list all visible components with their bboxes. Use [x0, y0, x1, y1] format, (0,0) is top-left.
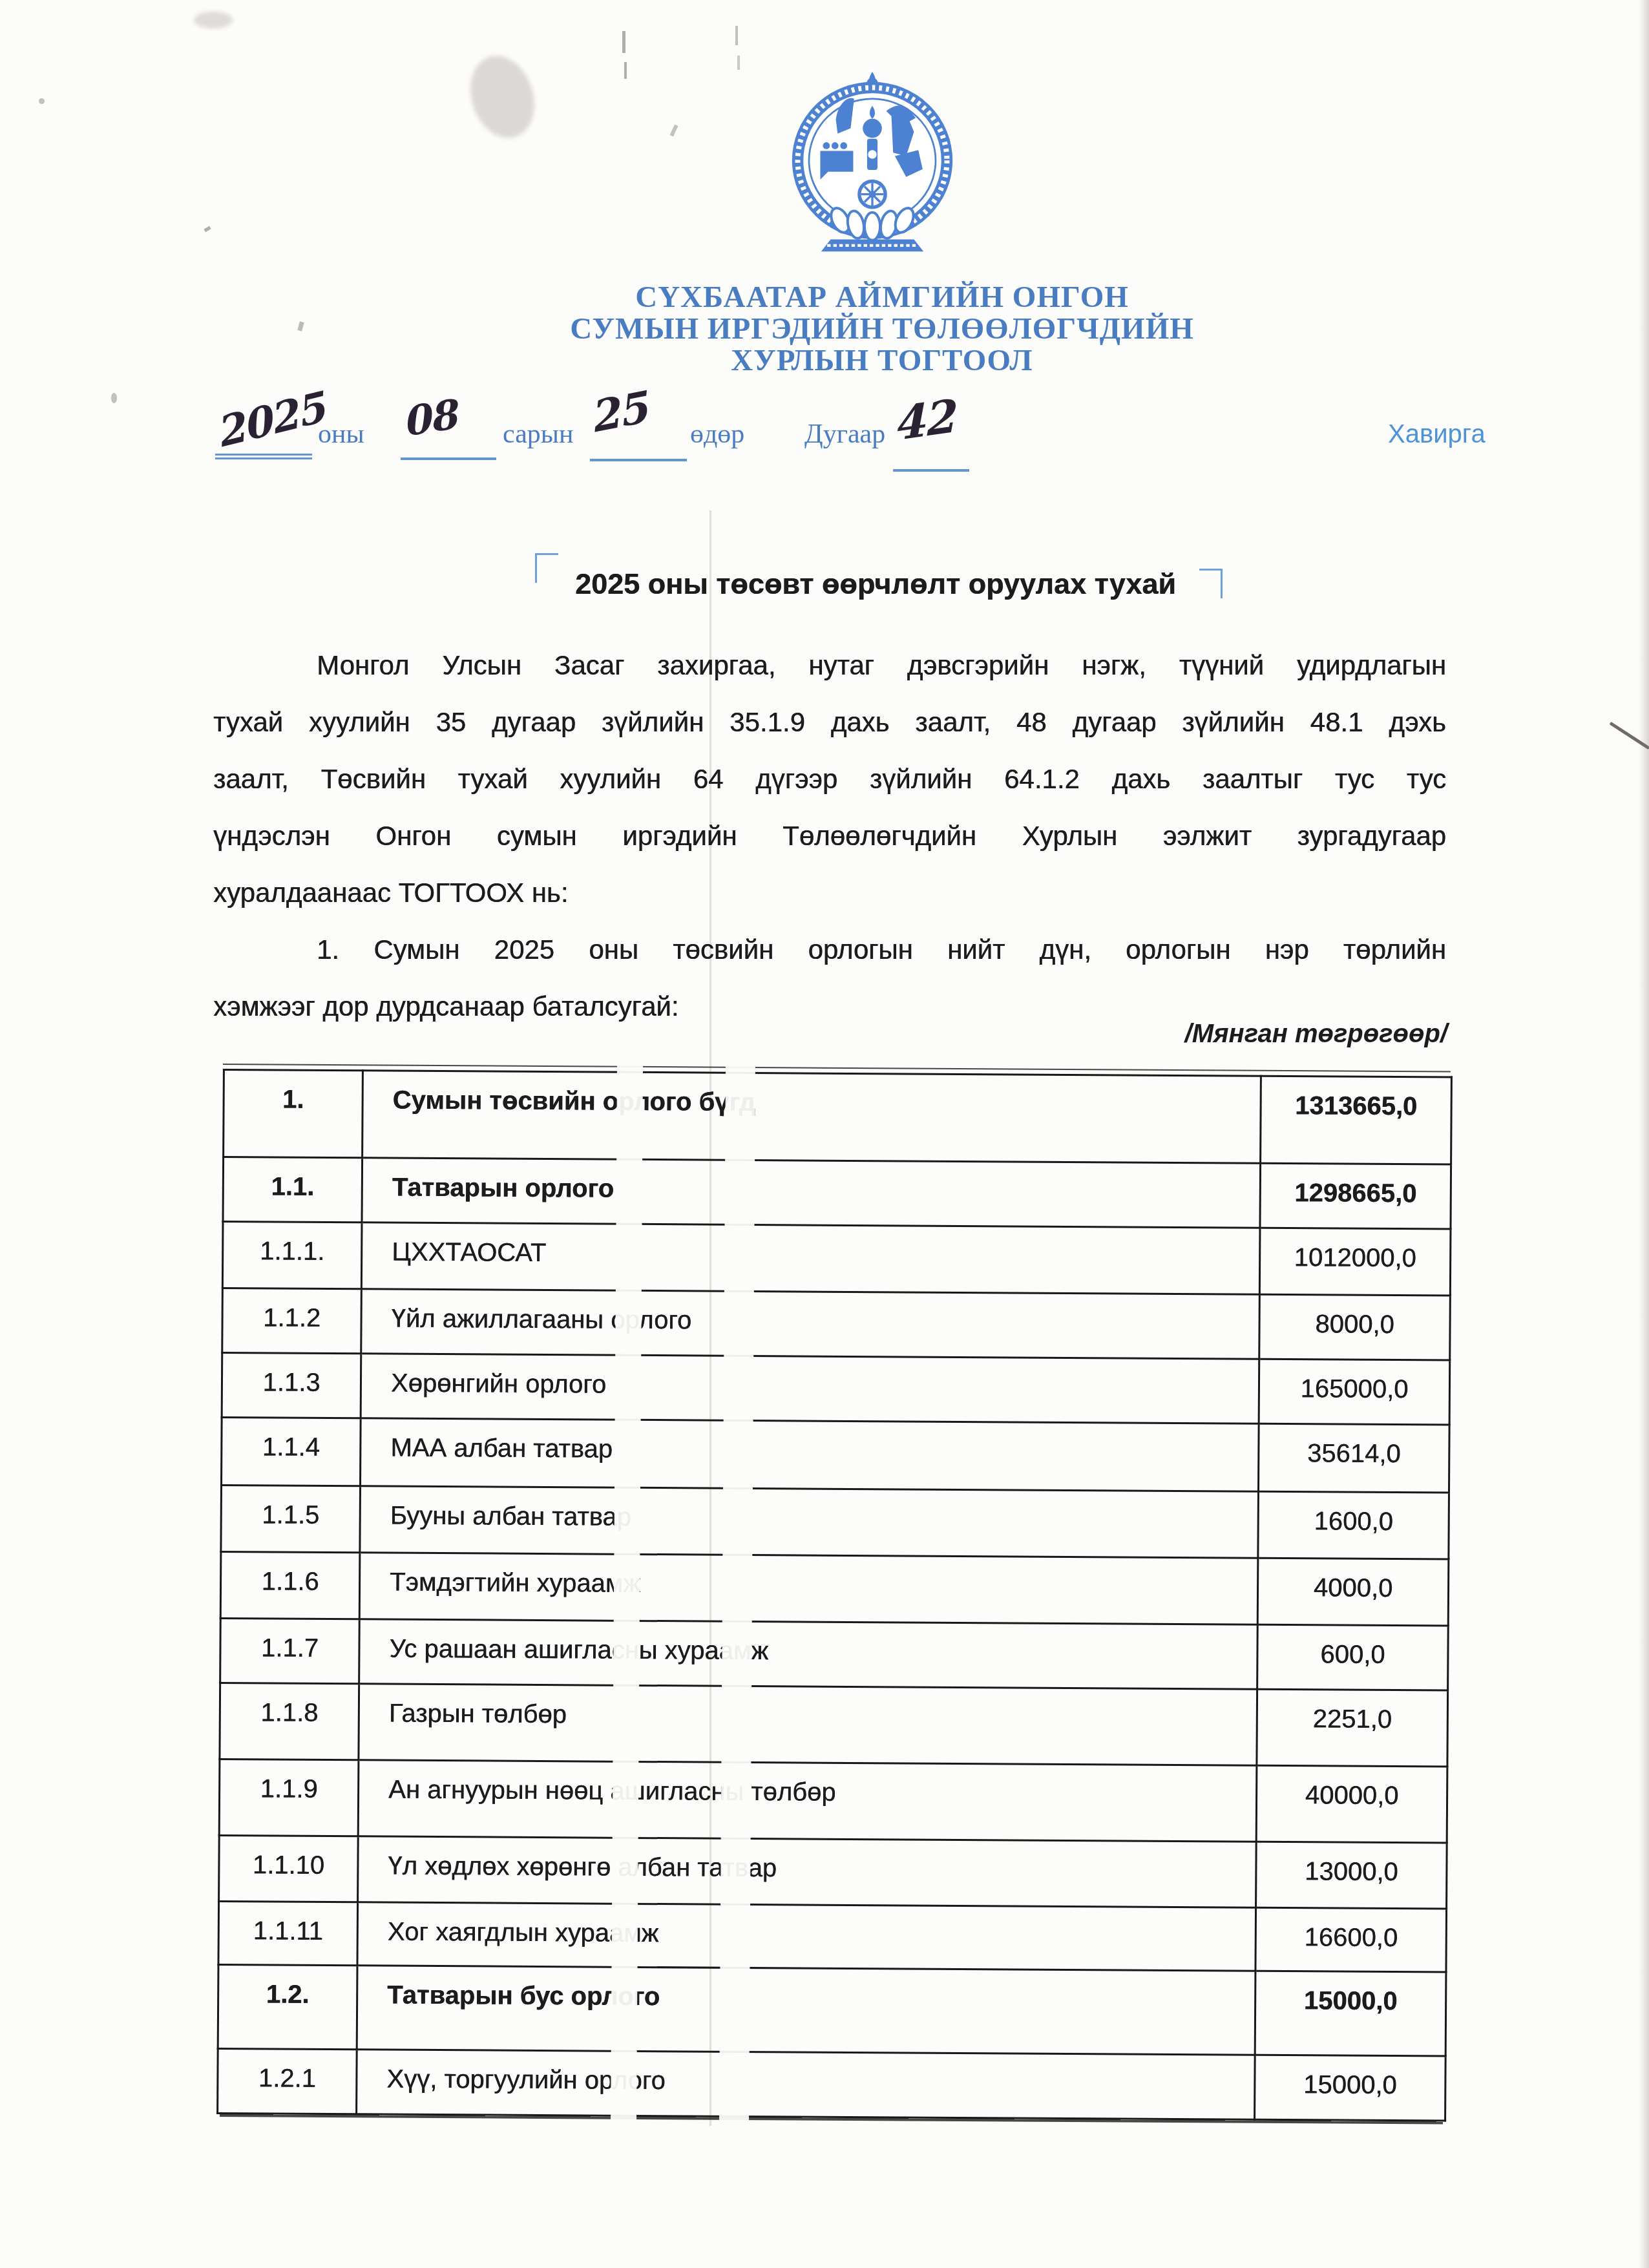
decree-title: 2025 оны төсөвт өөрчлөлт оруулах тухай — [223, 567, 1528, 601]
table-row: 1.1.10 Үл хөдлөх хөрөнгө албан татвар 13… — [219, 1835, 1447, 1909]
row-value-cell: 600,0 — [1257, 1624, 1449, 1690]
row-value-cell: 15000,0 — [1255, 2055, 1446, 2121]
row-label-cell: Татварын бус орлого — [357, 1966, 1255, 2055]
row-value-cell: 40000,0 — [1256, 1765, 1447, 1843]
row-label-cell: Үл хөдлөх хөрөнгө албан татвар — [358, 1836, 1257, 1907]
handwritten-day: 25 — [591, 381, 651, 443]
scan-speck — [622, 31, 625, 53]
row-number-cell: 1.1.5 — [221, 1485, 361, 1552]
handwritten-year: 2025 — [216, 383, 330, 457]
place-name: Хавирга — [1388, 420, 1486, 449]
scan-speck — [39, 98, 45, 104]
scan-speck — [204, 226, 211, 232]
table-row: 1.1.5 Бууны албан татвар 1600,0 — [221, 1485, 1449, 1559]
handwritten-number: 42 — [897, 388, 957, 451]
row-value-cell: 1298665,0 — [1260, 1163, 1451, 1229]
row-value-cell: 2251,0 — [1257, 1689, 1448, 1767]
row-label-cell: Сумын төсвийн орлого бүгд — [362, 1071, 1261, 1163]
row-number-cell: 1.1.6 — [220, 1551, 360, 1619]
year-suffix-label: оны — [318, 419, 364, 450]
table-row: 1.1.8 Газрын төлбөр 2251,0 — [220, 1683, 1448, 1767]
row-label-cell: Тэмдэгтийн хураамж — [359, 1553, 1258, 1624]
table-row: 1.1.9 Ан агнуурын нөөц ашигласны төлбөр … — [219, 1759, 1447, 1843]
row-label-cell: Бууны албан татвар — [360, 1486, 1259, 1558]
row-value-cell: 4000,0 — [1257, 1558, 1449, 1626]
org-heading-line: СҮХБААТАР АЙМГИЙН ОНГОН — [527, 282, 1237, 313]
row-label-cell: Ус рашаан ашигласны хураамж — [359, 1619, 1258, 1689]
body-line: 1. Сумын 2025 оны төсвийн орлогын нийт д… — [213, 921, 1446, 978]
org-heading-line: СУМЫН ИРГЭДИЙН ТӨЛӨӨЛӨГЧДИЙН — [527, 313, 1237, 345]
body-line: хуралдаанаас ТОГТООХ нь: — [213, 865, 1446, 921]
scanner-edge-shadow — [1639, 0, 1649, 2268]
year-underline — [215, 454, 312, 459]
row-number-cell: 1.2. — [218, 1964, 357, 2049]
scan-speck — [737, 56, 740, 70]
scan-speck — [624, 62, 627, 79]
row-number-cell: 1.1.7 — [220, 1618, 360, 1683]
row-number-cell: 1.1.2 — [222, 1288, 362, 1354]
row-label-cell: Хөрөнгийн орлого — [361, 1354, 1259, 1423]
row-label-cell: Хүү, торгуулийн орлого — [357, 2050, 1255, 2119]
row-number-cell: 1.1.9 — [219, 1759, 359, 1836]
table-row: 1. Сумын төсвийн орлого бүгд 1313665,0 — [224, 1070, 1452, 1165]
table-row: 1.1.6 Тэмдэгтийн хураамж 4000,0 — [220, 1551, 1449, 1626]
table-unit-note: /Мянган төгрөгөөр/ — [1185, 1020, 1447, 1049]
row-number-cell: 1.1.4 — [222, 1417, 361, 1486]
row-number-cell: 1.1. — [223, 1157, 362, 1223]
table-row: 1.1.2 Үйл ажиллагааны орлого 8000,0 — [222, 1288, 1451, 1361]
scan-speck — [297, 321, 304, 331]
row-number-cell: 1.2.1 — [218, 2048, 357, 2114]
row-number-cell: 1.1.8 — [220, 1683, 359, 1759]
row-number-cell: 1.1.11 — [218, 1901, 358, 1965]
body-line: Монгол Улсын Засаг захиргаа, нутаг дэвсг… — [213, 637, 1446, 694]
table-row: 1.1.1. ЦХХТАОСАТ 1012000,0 — [222, 1222, 1451, 1296]
budget-table-wrapper: 1. Сумын төсвийн орлого бүгд 1313665,0 1… — [216, 1064, 1451, 2122]
scanned-decree-page: СҮХБААТАР АЙМГИЙН ОНГОН СУМЫН ИРГЭДИЙН Т… — [0, 0, 1649, 2268]
org-heading: СҮХБААТАР АЙМГИЙН ОНГОН СУМЫН ИРГЭДИЙН Т… — [527, 282, 1237, 377]
decree-body: Монгол Улсын Засаг захиргаа, нутаг дэвсг… — [213, 637, 1446, 1035]
state-emblem-icon — [785, 71, 960, 258]
day-suffix-label: өдөр — [690, 419, 744, 450]
row-value-cell: 165000,0 — [1259, 1359, 1450, 1425]
table-row: 1.2. Татварын бус орлого 15000,0 — [218, 1964, 1446, 2056]
org-heading-line: ХУРЛЫН ТОГТООЛ — [527, 345, 1237, 377]
number-label: Дугаар — [804, 419, 885, 450]
row-value-cell: 1012000,0 — [1259, 1228, 1451, 1296]
body-line: үндэслэн Онгон сумын иргэдийн Төлөөлөгчд… — [213, 808, 1446, 865]
day-underline — [590, 459, 687, 461]
table-row: 1.1. Татварын орлого 1298665,0 — [223, 1157, 1451, 1230]
table-row: 1.1.11 Хог хаягдлын хураамж 16600,0 — [218, 1901, 1447, 1972]
number-underline — [893, 469, 969, 472]
row-number-cell: 1.1.1. — [222, 1222, 362, 1289]
row-value-cell: 1600,0 — [1258, 1491, 1449, 1559]
row-value-cell: 35614,0 — [1258, 1423, 1449, 1493]
row-label-cell: Ан агнуурын нөөц ашигласны төлбөр — [358, 1760, 1257, 1842]
row-value-cell: 15000,0 — [1255, 1971, 1446, 2056]
row-label-cell: Үйл ажиллагааны орлого — [361, 1289, 1260, 1359]
table-row: 1.2.1 Хүү, торгуулийн орлого 15000,0 — [218, 2048, 1446, 2121]
table-row: 1.1.4 МАА албан татвар 35614,0 — [222, 1417, 1450, 1493]
body-line: заалт, Төсвийн тухай хуулийн 64 дүгээр з… — [213, 751, 1446, 808]
row-label-cell: ЦХХТАОСАТ — [361, 1223, 1260, 1294]
budget-table: 1. Сумын төсвийн орлого бүгд 1313665,0 1… — [216, 1069, 1453, 2122]
scan-speck — [735, 26, 738, 45]
row-number-cell: 1. — [224, 1070, 363, 1158]
scan-speck — [669, 125, 678, 137]
row-value-cell: 8000,0 — [1259, 1294, 1451, 1360]
scan-speck — [111, 393, 117, 403]
row-number-cell: 1.1.3 — [222, 1353, 361, 1418]
month-suffix-label: сарын — [503, 419, 574, 450]
month-underline — [401, 457, 496, 460]
scan-smudge — [194, 12, 233, 28]
row-value-cell: 13000,0 — [1256, 1842, 1447, 1909]
row-value-cell: 16600,0 — [1255, 1907, 1447, 1972]
row-label-cell: Газрын төлбөр — [359, 1684, 1257, 1765]
table-row: 1.1.3 Хөрөнгийн орлого 165000,0 — [222, 1353, 1450, 1425]
row-number-cell: 1.1.10 — [219, 1835, 359, 1902]
handwritten-month: 08 — [404, 390, 460, 446]
row-label-cell: Татварын орлого — [362, 1158, 1261, 1228]
scan-smudge — [460, 48, 545, 147]
table-row: 1.1.7 Ус рашаан ашигласны хураамж 600,0 — [220, 1618, 1449, 1690]
body-line: тухай хуулийн 35 дугаар зүйлийн 35.1.9 д… — [213, 694, 1446, 751]
row-label-cell: Хог хаягдлын хураамж — [357, 1902, 1256, 1971]
row-value-cell: 1313665,0 — [1261, 1076, 1452, 1164]
row-label-cell: МАА албан татвар — [361, 1418, 1259, 1491]
